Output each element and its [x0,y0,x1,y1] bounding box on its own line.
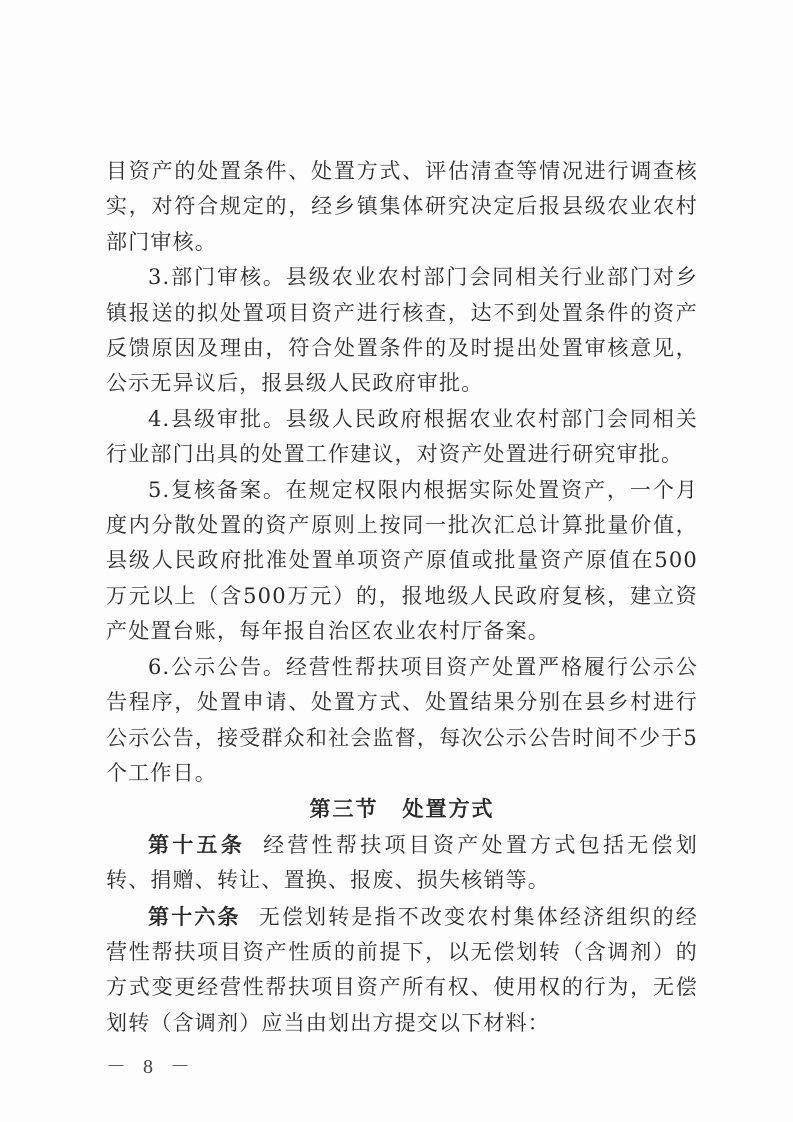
article-label: 第十五条 [148,832,245,857]
article-label: 第十六条 [148,904,241,929]
paragraph-public-notice: 6.公示公告。经营性帮扶项目资产处置严格履行公示公告程序，处置申请、处置方式、处… [106,650,698,792]
article-16: 第十六条无偿划转是指不改变农村集体经济组织的经营性帮扶项目资产性质的前提下，以无… [106,899,698,1042]
page-number: － 8 － [106,1050,196,1079]
document-page-body: 目资产的处置条件、处置方式、评估清查等情况进行调查核实，对符合规定的，经乡镇集体… [106,154,698,1041]
article-15: 第十五条经营性帮扶项目资产处置方式包括无偿划转、捐赠、转让、置换、报废、损失核销… [106,827,698,899]
section-title: 处置方式 [403,796,495,821]
section-heading: 第三节处置方式 [106,791,698,826]
paragraph-department-review: 3.部门审核。县级农业农村部门会同相关行业部门对乡镇报送的拟处置项目资产进行核查… [106,260,698,402]
section-number: 第三节 [310,796,379,821]
paragraph-continuation: 目资产的处置条件、处置方式、评估清查等情况进行调查核实，对符合规定的，经乡镇集体… [106,154,698,260]
paragraph-review-filing: 5.复核备案。在规定权限内根据实际处置资产，一个月度内分散处置的资产原则上按同一… [106,473,698,650]
paragraph-county-approval: 4.县级审批。县级人民政府根据农业农村部门会同相关行业部门出具的处置工作建议，对… [106,402,698,473]
